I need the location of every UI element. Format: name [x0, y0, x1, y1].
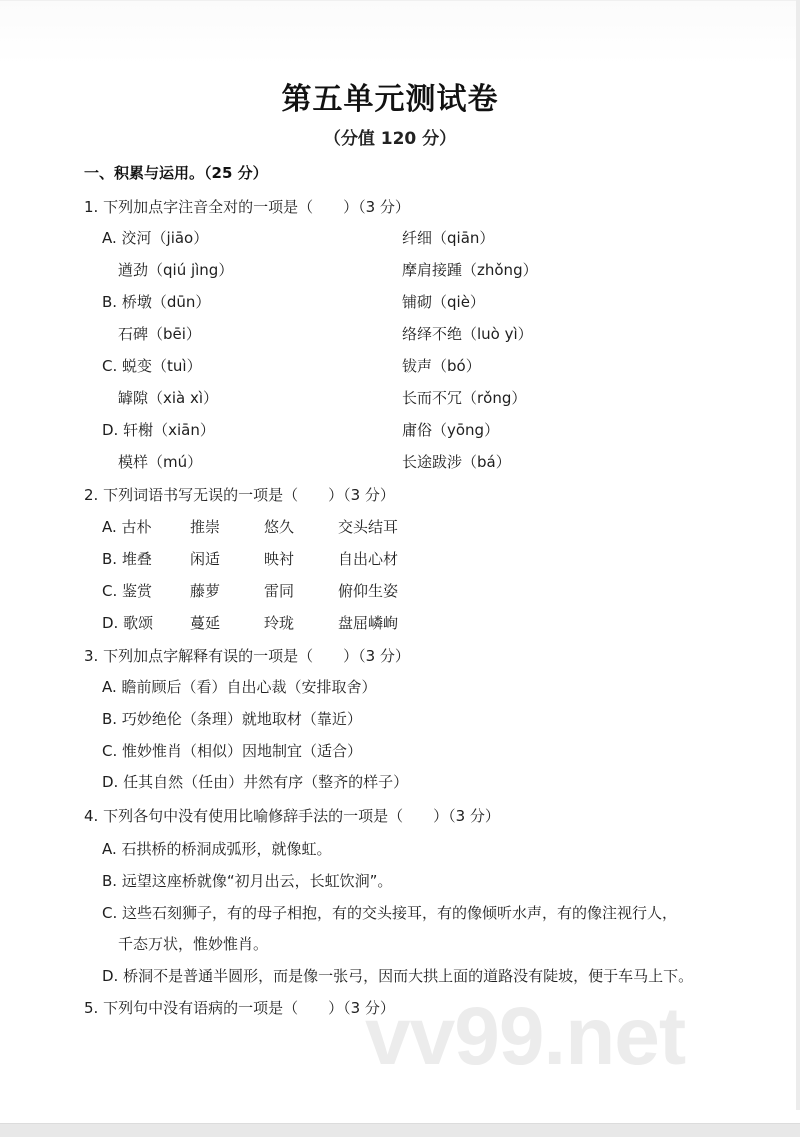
question-2-stem: 2. 下列词语书写无误的一项是（ ）（3 分）	[84, 484, 395, 505]
q2-c-word-2: 藤萝	[190, 580, 220, 601]
q1-option-a-left-2: 遒劲（qiú jìng）	[118, 259, 233, 280]
q4-option-c-continued: 千态万状，惟妙惟肖。	[118, 933, 268, 954]
q2-option-d: D. 歌颂 蔓延 玲珑 盘屈嶙峋	[102, 612, 502, 633]
q1-option-c-right-2: 长而不冗（rǒng）	[402, 387, 526, 408]
q1-option-b-left: B. 桥墩（dūn）	[102, 291, 210, 312]
q1-option-d-left-2: 模样（mú）	[118, 451, 202, 472]
q3-option-b: B. 巧妙绝伦（条理）就地取材（靠近）	[102, 708, 362, 729]
page-title: 第五单元测试卷	[0, 74, 780, 118]
q2-d-word-4: 盘屈嶙峋	[338, 612, 398, 633]
question-4-stem: 4. 下列各句中没有使用比喻修辞手法的一项是（ ）（3 分）	[84, 805, 500, 826]
q3-option-a: A. 瞻前顾后（看）自出心裁（安排取舍）	[102, 676, 377, 697]
q2-c-word-3: 雷同	[264, 580, 294, 601]
q1-option-b-right: 铺砌（qiè）	[402, 291, 485, 312]
q3-option-c: C. 惟妙惟肖（相似）因地制宜（适合）	[102, 740, 362, 761]
q1-option-c-right: 钹声（bó）	[402, 355, 481, 376]
q4-option-c: C. 这些石刻狮子，有的母子相抱，有的交头接耳，有的像倾听水声，有的像注视行人，	[102, 902, 677, 923]
q2-c-word-1: C. 鉴赏	[102, 582, 152, 600]
question-3-stem: 3. 下列加点字解释有误的一项是（ ）（3 分）	[84, 645, 410, 666]
score-subtitle: （分值 120 分）	[0, 124, 780, 149]
q1-option-a-right: 纤细（qiān）	[402, 227, 494, 248]
q1-option-c-left-2: 罅隙（xià xì）	[118, 387, 218, 408]
watermark: vv99.net	[365, 990, 685, 1084]
exam-page: 第五单元测试卷 （分值 120 分） 一、积累与运用。（25 分） 1. 下列加…	[0, 0, 796, 1122]
q2-b-word-2: 闲适	[190, 548, 220, 569]
vertical-scrollbar[interactable]	[796, 0, 800, 1110]
q1-option-d-right-2: 长途跋涉（bá）	[402, 451, 511, 472]
q1-option-b-right-2: 络绎不绝（luò yì）	[402, 323, 533, 344]
question-5-stem: 5. 下列句中没有语病的一项是（ ）（3 分）	[84, 997, 395, 1018]
q2-option-c: C. 鉴赏 藤萝 雷同 俯仰生姿	[102, 580, 502, 601]
q2-a-word-2: 推崇	[190, 516, 220, 537]
q2-b-word-1: B. 堆叠	[102, 550, 152, 568]
horizontal-scrollbar[interactable]	[0, 1123, 800, 1137]
q2-a-word-1: A. 古朴	[102, 518, 152, 536]
q4-option-d: D. 桥洞不是普通半圆形，而是像一张弓，因而大拱上面的道路没有陡坡，便于车马上下…	[102, 965, 693, 986]
q1-option-b-left-2: 石碑（bēi）	[118, 323, 201, 344]
q1-option-d-left: D. 轩榭（xiān）	[102, 419, 215, 440]
q2-d-word-2: 蔓延	[190, 612, 220, 633]
q2-d-word-1: D. 歌颂	[102, 614, 153, 632]
q2-a-word-3: 悠久	[264, 516, 294, 537]
q2-d-word-3: 玲珑	[264, 612, 294, 633]
q2-b-word-3: 映衬	[264, 548, 294, 569]
q1-option-a-left: A. 洨河（jiāo）	[102, 227, 208, 248]
question-1-stem: 1. 下列加点字注音全对的一项是（ ）（3 分）	[84, 196, 410, 217]
q1-option-a-right-2: 摩肩接踵（zhǒng）	[402, 259, 538, 280]
q2-b-word-4: 自出心材	[338, 548, 398, 569]
q4-option-a: A. 石拱桥的桥洞成弧形，就像虹。	[102, 838, 332, 859]
section-heading: 一、积累与运用。（25 分）	[84, 162, 268, 183]
q1-option-c-left: C. 蜕变（tuì）	[102, 355, 202, 376]
q2-a-word-4: 交头结耳	[338, 516, 398, 537]
q2-c-word-4: 俯仰生姿	[338, 580, 398, 601]
q1-option-d-right: 庸俗（yōng）	[402, 419, 499, 440]
q2-option-b: B. 堆叠 闲适 映衬 自出心材	[102, 548, 502, 569]
q4-option-b: B. 远望这座桥就像“初月出云，长虹饮涧”。	[102, 870, 392, 891]
q2-option-a: A. 古朴 推崇 悠久 交头结耳	[102, 516, 502, 537]
q3-option-d: D. 任其自然（任由）井然有序（整齐的样子）	[102, 771, 408, 792]
